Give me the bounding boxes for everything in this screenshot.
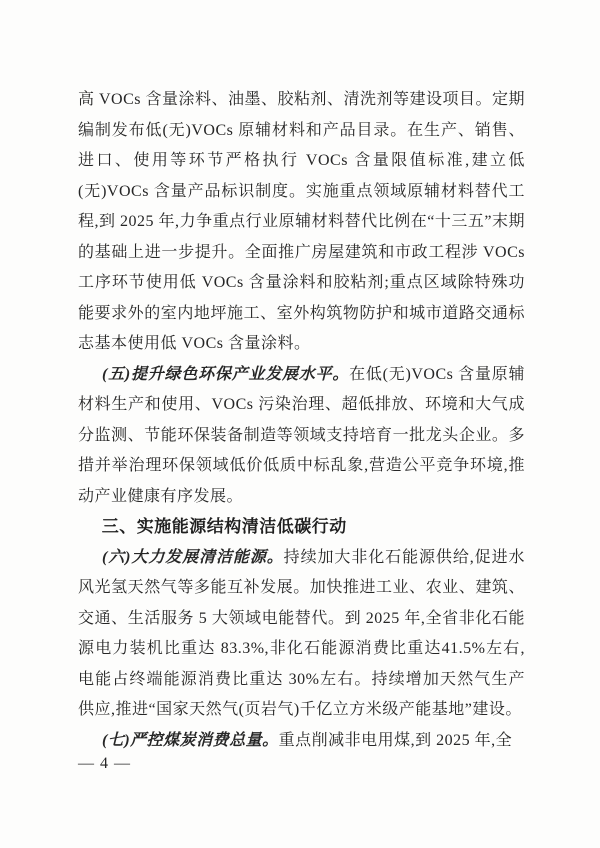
paragraph-lead: (七)严控煤炭消费总量。 xyxy=(102,732,279,749)
text-content: 高 VOCs 含量涂料、油墨、胶粘剂、清洗剂等建设项目。定期编制发布低(无)VO… xyxy=(78,85,525,756)
body-paragraph: (六)大力发展清洁能源。持续加大非化石能源供给,促进水风光氢天然气等多能互补发展… xyxy=(78,543,525,726)
paragraph-text: 在低(无)VOCs 含量原辅材料生产和使用、VOCs 污染治理、超低排放、环境和… xyxy=(78,366,525,505)
document-page: 高 VOCs 含量涂料、油墨、胶粘剂、清洗剂等建设项目。定期编制发布低(无)VO… xyxy=(0,0,600,848)
paragraph-text: 重点削减非电用煤,到 2025 年,全 xyxy=(279,732,513,749)
page-number: — 4 — xyxy=(78,753,131,775)
section-heading: 三、实施能源结构清洁低碳行动 xyxy=(78,512,525,543)
paragraph-lead: (六)大力发展清洁能源。 xyxy=(102,549,284,566)
body-paragraph: (七)严控煤炭消费总量。重点削减非电用煤,到 2025 年,全 xyxy=(78,726,525,757)
paragraph-lead: (五)提升绿色环保产业发展水平。 xyxy=(102,366,349,383)
body-paragraph: 高 VOCs 含量涂料、油墨、胶粘剂、清洗剂等建设项目。定期编制发布低(无)VO… xyxy=(78,85,525,360)
paragraph-text: 持续加大非化石能源供给,促进水风光氢天然气等多能互补发展。加快推进工业、农业、建… xyxy=(78,549,525,719)
paragraph-text: 高 VOCs 含量涂料、油墨、胶粘剂、清洗剂等建设项目。定期编制发布低(无)VO… xyxy=(78,91,525,352)
body-paragraph: (五)提升绿色环保产业发展水平。在低(无)VOCs 含量原辅材料生产和使用、VO… xyxy=(78,360,525,513)
